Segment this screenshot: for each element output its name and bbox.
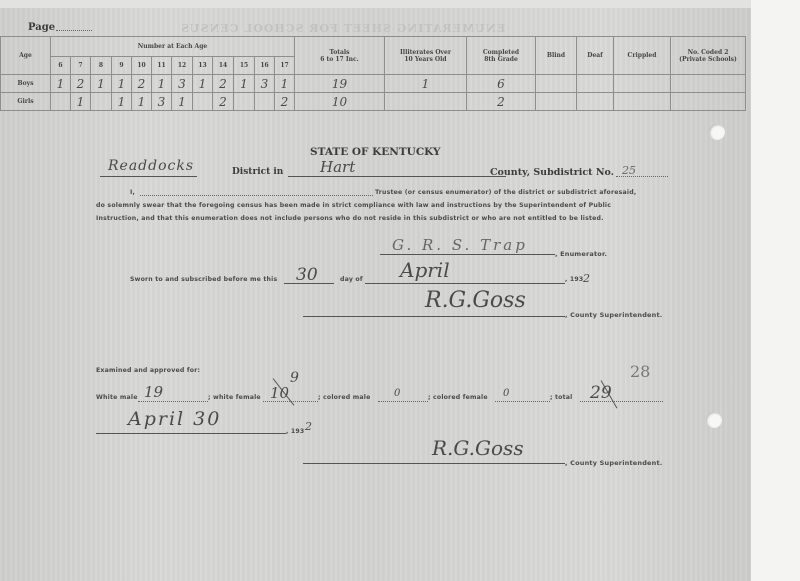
boys-age-8[interactable]: 1 xyxy=(91,75,112,93)
completed-header-line1: Completed xyxy=(483,49,519,56)
boys-deaf[interactable] xyxy=(577,75,614,93)
age-col-12: 12 xyxy=(172,57,193,75)
boys-age-11[interactable]: 1 xyxy=(152,75,172,93)
county-name-line xyxy=(288,176,506,177)
superintendent-signature-2[interactable]: R.G.Goss xyxy=(432,436,524,460)
white-male-value[interactable]: 19 xyxy=(144,383,163,401)
totals-header-line1: Totals xyxy=(329,49,349,56)
girls-crippled[interactable] xyxy=(614,93,671,111)
coded-header: No. Coded 2(Private Schools) xyxy=(671,37,746,75)
blind-header: Blind xyxy=(536,37,577,75)
colored-female-value[interactable]: 0 xyxy=(503,388,509,399)
sworn-day-value[interactable]: 30 xyxy=(296,265,318,285)
boys-age-15[interactable]: 1 xyxy=(234,75,255,93)
boys-age-6[interactable]: 1 xyxy=(51,75,71,93)
superintendent-label-2: , County Superintendent. xyxy=(565,459,662,467)
county-name-value[interactable]: Hart xyxy=(320,158,355,176)
census-table: Age Number at Each Age Totals6 to 17 Inc… xyxy=(0,36,746,111)
sworn-year-suffix[interactable]: 2 xyxy=(583,272,590,285)
approval-date-value[interactable]: April 30 xyxy=(128,408,221,430)
age-col-6: 6 xyxy=(51,57,71,75)
boys-age-12[interactable]: 3 xyxy=(172,75,193,93)
white-male-label: White male xyxy=(96,394,138,401)
sworn-year-prefix: , 193 xyxy=(565,276,583,283)
white-female-value[interactable]: 9 xyxy=(290,370,299,386)
paper-top-edge xyxy=(0,0,751,8)
boys-age-9[interactable]: 1 xyxy=(112,75,132,93)
illiterates-header: Illiterates Over10 Years Old xyxy=(385,37,467,75)
number-at-each-age-header: Number at Each Age xyxy=(51,37,295,57)
day-of-label: day of xyxy=(340,276,363,283)
totals-header-line2: 6 to 17 Inc. xyxy=(320,56,358,63)
girls-illiterates[interactable] xyxy=(385,93,467,111)
i-label: I, xyxy=(130,189,135,196)
girls-blind[interactable] xyxy=(536,93,577,111)
age-col-7: 7 xyxy=(71,57,91,75)
trustee-text: Trustee (or census enumerator) of the di… xyxy=(375,189,636,196)
girls-coded[interactable] xyxy=(671,93,746,111)
total-label: ; total xyxy=(550,394,573,401)
punch-hole-top xyxy=(709,124,725,140)
boys-age-7[interactable]: 2 xyxy=(71,75,91,93)
superintendent-label-1: , County Superintendent. xyxy=(565,311,662,319)
faded-header: ENUMERATING SHEET FOR SCHOOL CENSUS xyxy=(180,22,505,35)
age-col-16: 16 xyxy=(255,57,275,75)
colored-male-value[interactable]: 0 xyxy=(394,388,400,399)
girls-completed[interactable]: 2 xyxy=(467,93,536,111)
superintendent-line-2 xyxy=(303,463,565,464)
page-label: Page xyxy=(28,22,55,33)
boys-age-14[interactable]: 2 xyxy=(213,75,234,93)
girls-deaf[interactable] xyxy=(577,93,614,111)
girls-total[interactable]: 10 xyxy=(295,93,385,111)
age-col-10: 10 xyxy=(132,57,152,75)
superintendent-line-1 xyxy=(303,316,565,317)
boys-illiterates[interactable]: 1 xyxy=(385,75,467,93)
girls-age-9[interactable]: 1 xyxy=(112,93,132,111)
examined-label: Examined and approved for: xyxy=(96,367,200,374)
enumerator-label: , Enumerator. xyxy=(555,250,607,258)
district-in-label: District in xyxy=(232,167,283,177)
age-col-13: 13 xyxy=(193,57,213,75)
enumerator-signature[interactable]: G. R. S. Trap xyxy=(392,236,528,254)
approval-year-prefix: , 193 xyxy=(286,428,304,435)
age-col-8: 8 xyxy=(91,57,112,75)
boys-coded[interactable] xyxy=(671,75,746,93)
page-field[interactable] xyxy=(56,30,92,31)
approval-date-line xyxy=(96,433,286,434)
row-label-boys: Boys xyxy=(1,75,51,93)
white-male-line xyxy=(138,401,208,402)
district-name-line xyxy=(100,176,197,177)
age-col-14: 14 xyxy=(213,57,234,75)
approval-year-suffix[interactable]: 2 xyxy=(305,420,312,433)
subdistrict-value[interactable]: 25 xyxy=(622,164,636,177)
age-col-15: 15 xyxy=(234,57,255,75)
girls-age-17[interactable]: 2 xyxy=(275,93,295,111)
sworn-label: Sworn to and subscribed before me this xyxy=(130,276,277,283)
sworn-month-line xyxy=(365,283,565,284)
illiterates-header-line1: Illiterates Over xyxy=(400,49,451,56)
district-name-value[interactable]: Readdocks xyxy=(108,158,194,174)
girls-age-15[interactable] xyxy=(234,93,255,111)
coded-header-line1: No. Coded 2 xyxy=(688,49,729,56)
punch-hole-bottom xyxy=(706,412,722,428)
enumerator-line xyxy=(380,254,555,255)
boys-age-17[interactable]: 1 xyxy=(275,75,295,93)
girls-age-10[interactable]: 1 xyxy=(132,93,152,111)
girls-age-6[interactable] xyxy=(51,93,71,111)
age-header: Age xyxy=(1,37,51,75)
oath-line-2: do solemnly swear that the foregoing cen… xyxy=(96,202,668,209)
crippled-header: Crippled xyxy=(614,37,671,75)
boys-age-10[interactable]: 2 xyxy=(132,75,152,93)
colored-female-label: ; colored female xyxy=(428,394,488,401)
boys-completed[interactable]: 6 xyxy=(467,75,536,93)
girls-age-8[interactable] xyxy=(91,93,112,111)
total-value[interactable]: 28 xyxy=(630,362,650,381)
girls-age-12[interactable]: 1 xyxy=(172,93,193,111)
table-row-girls: Girls 1 1 1 3 1 2 2 10 2 xyxy=(1,93,746,111)
colored-male-label: ; colored male xyxy=(318,394,371,401)
row-label-girls: Girls xyxy=(1,93,51,111)
boys-crippled[interactable] xyxy=(614,75,671,93)
completed-header: Completed8th Grade xyxy=(467,37,536,75)
deaf-header: Deaf xyxy=(577,37,614,75)
white-female-label: ; white female xyxy=(208,394,261,401)
table-row-boys: Boys 1 2 1 1 2 1 3 1 2 1 3 1 19 1 6 xyxy=(1,75,746,93)
totals-header: Totals6 to 17 Inc. xyxy=(295,37,385,75)
coded-header-line2: (Private Schools) xyxy=(679,56,737,63)
trustee-name-field[interactable] xyxy=(140,195,373,196)
girls-age-7[interactable]: 1 xyxy=(71,93,91,111)
girls-age-16[interactable] xyxy=(255,93,275,111)
girls-age-13[interactable] xyxy=(193,93,213,111)
sworn-month-value[interactable]: April xyxy=(400,258,450,282)
boys-total[interactable]: 19 xyxy=(295,75,385,93)
boys-age-16[interactable]: 3 xyxy=(255,75,275,93)
age-col-9: 9 xyxy=(112,57,132,75)
oath-line-3: Instruction, and that this enumeration d… xyxy=(96,215,604,222)
age-col-11: 11 xyxy=(152,57,172,75)
county-subdistrict-label: County, Subdistrict No. xyxy=(490,167,614,178)
age-col-17: 17 xyxy=(275,57,295,75)
boys-blind[interactable] xyxy=(536,75,577,93)
superintendent-signature-1[interactable]: R.G.Goss xyxy=(425,288,526,313)
colored-male-line xyxy=(378,401,428,402)
completed-header-line2: 8th Grade xyxy=(484,56,518,63)
girls-age-14[interactable]: 2 xyxy=(213,93,234,111)
state-title: STATE OF KENTUCKY xyxy=(310,146,441,158)
illiterates-header-line2: 10 Years Old xyxy=(404,56,446,63)
girls-age-11[interactable]: 3 xyxy=(152,93,172,111)
boys-age-13[interactable]: 1 xyxy=(193,75,213,93)
colored-female-line xyxy=(495,401,550,402)
